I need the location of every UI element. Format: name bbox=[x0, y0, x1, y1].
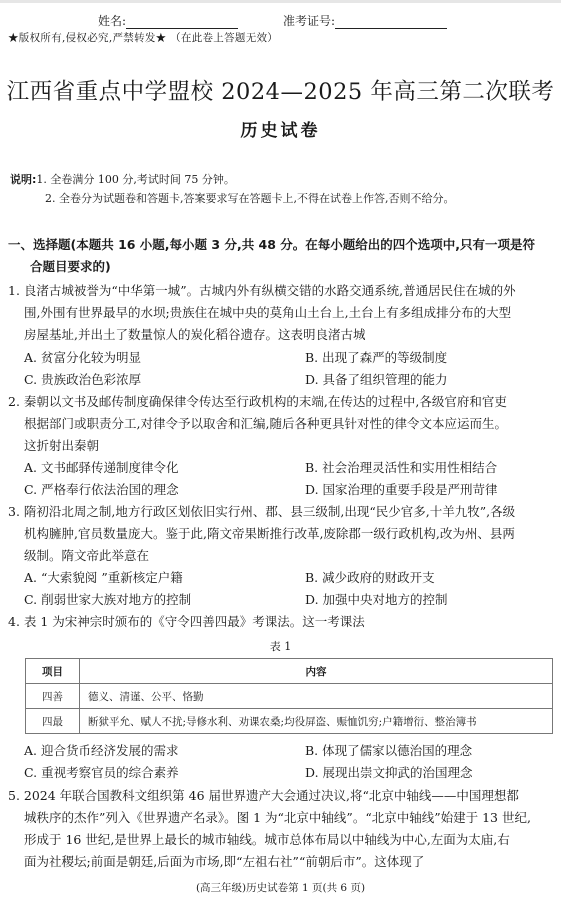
question-1-line-2: 围,外围有世界最早的水坝;贵族住在城中央的莫角山土台上,土台上有多组成排分布的大… bbox=[24, 303, 511, 321]
name-field: 姓名: bbox=[98, 12, 238, 29]
instructions-line-2: 2. 全卷分为试题卷和答题卡,答案要求写在答题卡上,不得在试卷上作答,否则不给分… bbox=[45, 190, 454, 206]
question-5-line-2: 城秩序的杰作”列入《世界遗产名录》。图 1 为“北京中轴线”。“北京中轴线”始建… bbox=[24, 808, 531, 826]
question-5-line-1: 5. 2024 年联合国教科文组织第 46 届世界遗产大会通过决议,将“北京中轴… bbox=[8, 786, 519, 804]
exam-id-label: 准考证号: bbox=[283, 14, 335, 28]
question-1-option-d[interactable]: D. 具备了组织管理的能力 bbox=[305, 370, 448, 388]
section-heading: 一、选择题(本题共 16 小题,每小题 3 分,共 48 分。在每小题给出的四个… bbox=[8, 235, 535, 253]
question-3-option-c[interactable]: C. 削弱世家大族对地方的控制 bbox=[24, 590, 191, 608]
section-heading-cont: 合题目要求的) bbox=[30, 257, 111, 275]
question-3-line-2: 机构臃肿,官员数量庞大。鉴于此,隋文帝果断推行改革,废除郡一级行政机构,改为州、… bbox=[24, 524, 515, 542]
table-cell-item: 四最 bbox=[26, 709, 80, 734]
question-4-option-a[interactable]: A. 迎合货币经济发展的需求 bbox=[24, 741, 178, 759]
exam-id-field: 准考证号: bbox=[283, 12, 447, 29]
table-row: 四善 德义、清谨、公平、恪勤 bbox=[26, 684, 553, 709]
name-blank bbox=[126, 16, 238, 29]
table-header-row: 项目 内容 bbox=[26, 659, 553, 684]
question-4-option-b[interactable]: B. 体现了儒家以德治国的理念 bbox=[305, 741, 472, 759]
question-1-line-1: 1. 良渚古城被誉为“中华第一城”。古城内外有纵横交错的水路交通系统,普通居民住… bbox=[8, 281, 516, 299]
table-cell-content: 德义、清谨、公平、恪勤 bbox=[80, 684, 553, 709]
question-5-line-4: 面为社稷坛;前面是朝廷,后面为市场,即“左祖右社”“前朝后市”。这体现了 bbox=[24, 852, 424, 870]
table-header-item: 项目 bbox=[26, 659, 80, 684]
question-2-line-1: 2. 秦朝以文书及邮传制度确保律令传达至行政机构的末端,在传达的过程中,各级官府… bbox=[8, 392, 507, 410]
question-3-line-3: 级制。隋文帝此举意在 bbox=[24, 546, 149, 564]
candidate-info-fields: 姓名: 准考证号: bbox=[0, 12, 561, 28]
question-1-option-b[interactable]: B. 出现了森严的等级制度 bbox=[305, 348, 447, 366]
table-header-content: 内容 bbox=[80, 659, 553, 684]
table-cell-content: 断狱平允、赋人不扰;导修水利、劝课农桑;均役屏盗、赈恤饥穷;户籍增衍、整治簿书 bbox=[80, 709, 553, 734]
table-row: 四最 断狱平允、赋人不扰;导修水利、劝课农桑;均役屏盗、赈恤饥穷;户籍增衍、整治… bbox=[26, 709, 553, 734]
question-2-option-c[interactable]: C. 严格奉行依法治国的理念 bbox=[24, 480, 179, 498]
copyright-notice: ★版权所有,侵权必究,严禁转发★ （在此卷上答题无效） bbox=[8, 30, 278, 45]
question-2-option-b[interactable]: B. 社会治理灵活性和实用性相结合 bbox=[305, 458, 497, 476]
question-3-line-1: 3. 隋初沿北周之制,地方行政区划依旧实行州、郡、县三级制,出现“民少官多,十羊… bbox=[8, 502, 515, 520]
question-1-option-a[interactable]: A. 贫富分化较为明显 bbox=[24, 348, 141, 366]
question-4-line-1: 4. 表 1 为宋神宗时颁布的《守令四善四最》考课法。这一考课法 bbox=[8, 612, 365, 630]
question-2-option-a[interactable]: A. 文书邮驿传递制度律令化 bbox=[24, 458, 178, 476]
page-footer: (高三年级)历史试卷第 1 页(共 6 页) bbox=[0, 880, 561, 895]
question-2-option-d[interactable]: D. 国家治理的重要手段是严刑苛律 bbox=[305, 480, 498, 498]
question-1-option-c[interactable]: C. 贵族政治色彩浓厚 bbox=[24, 370, 141, 388]
question-3-option-a[interactable]: A. “大索貌阅 ”重新核定户籍 bbox=[24, 568, 183, 586]
question-5-line-3: 形成于 16 世纪,是世界上最长的城市轴线。城市总体布局以中轴线为中心,左面为太… bbox=[24, 830, 510, 848]
instructions-label: 说明: bbox=[10, 173, 36, 186]
question-4-option-d[interactable]: D. 展现出崇文抑武的治国理念 bbox=[305, 763, 473, 781]
exam-id-blank bbox=[335, 16, 447, 29]
table-cell-item: 四善 bbox=[26, 684, 80, 709]
exam-title: 江西省重点中学盟校 2024—2025 年高三第二次联考 bbox=[0, 74, 561, 106]
question-4-option-c[interactable]: C. 重视考察官员的综合素养 bbox=[24, 763, 179, 781]
assessment-table: 项目 内容 四善 德义、清谨、公平、恪勤 四最 断狱平允、赋人不扰;导修水利、劝… bbox=[25, 658, 553, 734]
question-1-line-3: 房屋基址,并出土了数量惊人的炭化稻谷遗存。这表明良渚古城 bbox=[24, 325, 365, 343]
question-2-line-3: 这折射出秦朝 bbox=[24, 436, 99, 454]
top-border bbox=[0, 0, 561, 3]
name-label: 姓名: bbox=[98, 14, 126, 28]
instructions-line-1: 说明:1. 全卷满分 100 分,考试时间 75 分钟。 bbox=[10, 171, 235, 187]
exam-subtitle: 历史试卷 bbox=[0, 116, 561, 141]
question-3-option-d[interactable]: D. 加强中央对地方的控制 bbox=[305, 590, 448, 608]
table-caption: 表 1 bbox=[0, 638, 561, 654]
question-2-line-2: 根据部门或职责分工,对律令予以取舍和汇编,随后各种更具针对性的律令文本应运而生。 bbox=[24, 414, 507, 432]
question-3-option-b[interactable]: B. 减少政府的财政开支 bbox=[305, 568, 435, 586]
